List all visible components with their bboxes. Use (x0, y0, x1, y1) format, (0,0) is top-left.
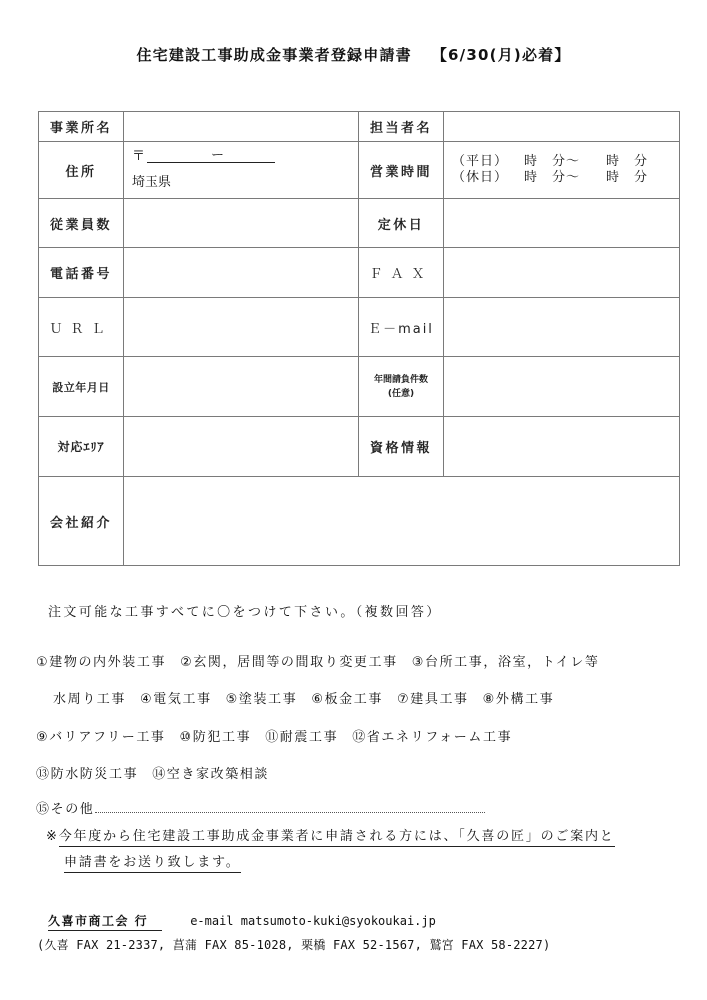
label-fax: ＦＡＸ (359, 248, 444, 298)
label-regular-holiday: 定休日 (359, 199, 444, 248)
work-item-6[interactable]: ⑥板金工事 (311, 692, 383, 707)
weekday-open-hour: 時 (524, 154, 552, 170)
employees-field[interactable] (124, 199, 359, 248)
work-item-11[interactable]: ⑪耐震工事 (265, 730, 338, 745)
weekday-close-hour: 時 (606, 154, 634, 170)
service-area-field[interactable] (124, 417, 359, 477)
row-business-name: 事業所名 担当者名 (39, 112, 680, 142)
notice-line-1: ※今年度から住宅建設工事助成金事業者に申請される方には、「久喜の匠」のご案内と (46, 825, 615, 844)
work-type-instruction: 注文可能な工事すべてに〇をつけて下さい。（複数回答） (48, 601, 442, 620)
deadline: 【6/30(月)必着】 (432, 46, 571, 64)
work-item-3[interactable]: ③台所工事，浴室，トイレ等 (412, 655, 600, 670)
row-company-intro: 会社紹介 (39, 477, 680, 566)
holiday-open-hour: 時 (524, 170, 552, 186)
row-service-area: 対応ｴﾘｱ 資格情報 (39, 417, 680, 477)
contact-person-field[interactable] (444, 112, 680, 142)
postal-mark: 〒 (132, 149, 145, 164)
annual-contracts-field[interactable] (444, 357, 680, 417)
row-address: 住所 〒ー 埼玉県 営業時間 （平日） 時 分～ 時 分 （休日） 時 分～ 時… (39, 142, 680, 199)
notice-text-2: 申請書をお送り致します。 (64, 855, 241, 873)
notice-line-2: 申請書をお送り致します。 (64, 851, 241, 870)
label-company-intro: 会社紹介 (39, 477, 124, 566)
label-annual-contracts: 年間請負件数 (任意) (359, 357, 444, 417)
footer-email-block: e-mail matsumoto-kuki@syokoukai.jp (190, 914, 436, 928)
work-item-7[interactable]: ⑦建具工事 (397, 692, 469, 707)
label-established-date: 設立年月日 (39, 357, 124, 417)
hours-weekday: （平日） 時 分～ 時 分 (452, 154, 679, 170)
established-date-field[interactable] (124, 357, 359, 417)
form-title: 住宅建設工事助成金事業者登録申請書 (136, 46, 411, 64)
other-blank-field[interactable] (95, 801, 485, 813)
row-employees: 従業員数 定休日 (39, 199, 680, 248)
holiday-label: （休日） (452, 170, 524, 186)
work-type-line-4: ⑬防水防災工事⑭空き家改築相談 (36, 763, 269, 782)
annual-contracts-label: 年間請負件数 (359, 373, 443, 387)
holiday-close-min: 分 (634, 170, 648, 186)
work-item-8[interactable]: ⑧外構工事 (483, 692, 555, 707)
label-phone: 電話番号 (39, 248, 124, 298)
work-item-5[interactable]: ⑤塗装工事 (226, 692, 298, 707)
email-field[interactable] (444, 298, 680, 357)
holiday-close-hour: 時 (606, 170, 634, 186)
email-label: e-mail (190, 914, 233, 928)
label-address: 住所 (39, 142, 124, 199)
footer-destination-line: 久喜市商工会 行e-mail matsumoto-kuki@syokoukai.… (48, 912, 436, 929)
phone-field[interactable] (124, 248, 359, 298)
weekday-label: （平日） (452, 154, 524, 170)
hours-holiday: （休日） 時 分～ 時 分 (452, 170, 679, 186)
work-item-4[interactable]: ④電気工事 (140, 692, 212, 707)
address-field[interactable]: 〒ー 埼玉県 (124, 142, 359, 199)
work-type-line-2: 水周り工事④電気工事⑤塗装工事⑥板金工事⑦建具工事⑧外構工事 (53, 688, 554, 707)
row-established: 設立年月日 年間請負件数 (任意) (39, 357, 680, 417)
qualifications-field[interactable] (444, 417, 680, 477)
postal-dash: ー (211, 146, 224, 166)
label-url: ＵＲＬ (39, 298, 124, 357)
weekday-open-min: 分～ (552, 154, 606, 170)
row-phone: 電話番号 ＦＡＸ (39, 248, 680, 298)
work-type-line-3: ⑨バリアフリー工事⑩防犯工事⑪耐震工事⑫省エネリフォーム工事 (36, 726, 512, 745)
label-email: Ｅ－mail (359, 298, 444, 357)
regular-holiday-field[interactable] (444, 199, 680, 248)
weekday-close-min: 分 (634, 154, 648, 170)
work-item-12[interactable]: ⑫省エネリフォーム工事 (352, 730, 512, 745)
destination: 久喜市商工会 行 (48, 914, 162, 931)
label-business-hours: 営業時間 (359, 142, 444, 199)
label-qualifications: 資格情報 (359, 417, 444, 477)
work-item-13[interactable]: ⑬防水防災工事 (36, 767, 138, 782)
fax-numbers: (久喜 FAX 21-2337, 菖蒲 FAX 85-1028, 栗橋 FAX … (37, 936, 550, 953)
work-item-14[interactable]: ⑭空き家改築相談 (152, 767, 269, 782)
work-type-line-1: ①建物の内外装工事②玄関，居間等の間取り変更工事③台所工事，浴室，トイレ等 (36, 651, 600, 670)
work-item-9[interactable]: ⑨バリアフリー工事 (36, 730, 166, 745)
notice-mark: ※ (46, 829, 59, 844)
holiday-open-min: 分～ (552, 170, 606, 186)
work-type-line-5: ⑮その他 (36, 798, 485, 817)
work-item-10[interactable]: ⑩防犯工事 (180, 730, 252, 745)
work-item-2[interactable]: ②玄関，居間等の間取り変更工事 (180, 655, 398, 670)
row-url: ＵＲＬ Ｅ－mail (39, 298, 680, 357)
work-item-15[interactable]: ⑮その他 (36, 802, 94, 817)
company-intro-field[interactable] (124, 477, 680, 566)
work-item-1[interactable]: ①建物の内外装工事 (36, 655, 166, 670)
optional-note: (任意) (359, 387, 443, 401)
work-item-3-cont[interactable]: 水周り工事 (53, 692, 126, 707)
label-business-name: 事業所名 (39, 112, 124, 142)
business-name-field[interactable] (124, 112, 359, 142)
label-service-area: 対応ｴﾘｱ (39, 417, 124, 477)
business-hours-field[interactable]: （平日） 時 分～ 時 分 （休日） 時 分～ 時 分 (444, 142, 680, 199)
fax-field[interactable] (444, 248, 680, 298)
notice-text-1: 今年度から住宅建設工事助成金事業者に申請される方には、「久喜の匠」のご案内と (59, 829, 615, 847)
url-field[interactable] (124, 298, 359, 357)
label-employees: 従業員数 (39, 199, 124, 248)
prefecture: 埼玉県 (132, 173, 358, 193)
page-title: 住宅建設工事助成金事業者登録申請書【6/30(月)必着】 (0, 44, 707, 65)
postal-code-blank[interactable]: ー (147, 151, 275, 163)
email-address[interactable]: matsumoto-kuki@syokoukai.jp (241, 914, 436, 928)
label-contact-person: 担当者名 (359, 112, 444, 142)
registration-form-table: 事業所名 担当者名 住所 〒ー 埼玉県 営業時間 （平日） 時 分～ 時 分 （… (38, 111, 680, 566)
